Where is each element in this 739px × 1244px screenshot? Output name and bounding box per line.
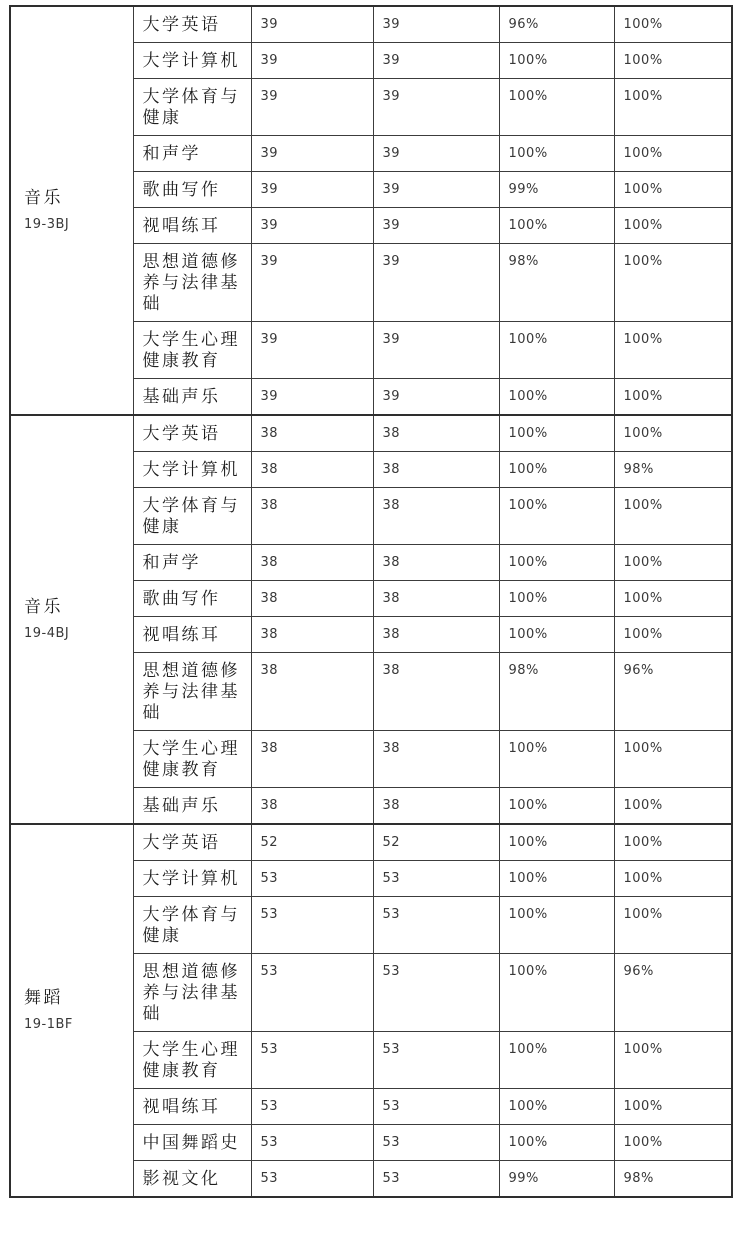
value1-cell: 52	[251, 824, 373, 861]
value2-cell: 53	[373, 897, 499, 954]
percent2-cell: 100%	[614, 172, 732, 208]
percent1-cell: 100%	[499, 379, 614, 416]
percent1-cell: 100%	[499, 861, 614, 897]
class-group: 音乐 19-4BJ 大学英语 38 38 100% 100% 大学计算机 38 …	[10, 415, 732, 824]
value2-cell: 38	[373, 581, 499, 617]
percent2-cell: 100%	[614, 545, 732, 581]
course-cell: 歌曲写作	[133, 581, 251, 617]
course-cell: 大学生心理健康教育	[133, 1032, 251, 1089]
course-cell: 思想道德修养与法律基础	[133, 954, 251, 1032]
class-name-label: 音乐	[24, 187, 128, 208]
percent2-cell: 100%	[614, 244, 732, 322]
percent1-cell: 100%	[499, 954, 614, 1032]
value2-cell: 38	[373, 488, 499, 545]
course-cell: 和声学	[133, 545, 251, 581]
percent2-cell: 98%	[614, 452, 732, 488]
course-cell: 大学计算机	[133, 452, 251, 488]
percent2-cell: 100%	[614, 79, 732, 136]
value1-cell: 39	[251, 322, 373, 379]
value2-cell: 39	[373, 244, 499, 322]
course-cell: 基础声乐	[133, 788, 251, 825]
percent1-cell: 98%	[499, 653, 614, 731]
percent1-cell: 100%	[499, 1089, 614, 1125]
value1-cell: 53	[251, 897, 373, 954]
value2-cell: 39	[373, 208, 499, 244]
class-cell: 音乐 19-3BJ	[10, 6, 133, 415]
percent2-cell: 98%	[614, 1161, 732, 1198]
value2-cell: 53	[373, 1161, 499, 1198]
percent1-cell: 100%	[499, 322, 614, 379]
percent1-cell: 100%	[499, 731, 614, 788]
course-cell: 大学生心理健康教育	[133, 322, 251, 379]
report-table: 音乐 19-3BJ 大学英语 39 39 96% 100% 大学计算机 39 3…	[9, 5, 733, 1198]
value1-cell: 38	[251, 581, 373, 617]
course-cell: 大学英语	[133, 415, 251, 452]
class-group: 舞蹈 19-1BF 大学英语 52 52 100% 100% 大学计算机 53 …	[10, 824, 732, 1197]
percent1-cell: 100%	[499, 415, 614, 452]
value2-cell: 38	[373, 617, 499, 653]
course-cell: 基础声乐	[133, 379, 251, 416]
course-cell: 影视文化	[133, 1161, 251, 1198]
value2-cell: 39	[373, 379, 499, 416]
value1-cell: 39	[251, 244, 373, 322]
course-cell: 大学体育与健康	[133, 79, 251, 136]
course-cell: 歌曲写作	[133, 172, 251, 208]
value2-cell: 39	[373, 79, 499, 136]
percent1-cell: 100%	[499, 488, 614, 545]
percent2-cell: 100%	[614, 1032, 732, 1089]
percent1-cell: 100%	[499, 581, 614, 617]
percent1-cell: 98%	[499, 244, 614, 322]
course-cell: 和声学	[133, 136, 251, 172]
value1-cell: 38	[251, 731, 373, 788]
percent2-cell: 100%	[614, 43, 732, 79]
value1-cell: 38	[251, 415, 373, 452]
value2-cell: 38	[373, 653, 499, 731]
value2-cell: 39	[373, 172, 499, 208]
class-cell: 舞蹈 19-1BF	[10, 824, 133, 1197]
course-cell: 大学英语	[133, 824, 251, 861]
value1-cell: 39	[251, 79, 373, 136]
value1-cell: 53	[251, 1161, 373, 1198]
value1-cell: 38	[251, 488, 373, 545]
course-cell: 大学计算机	[133, 861, 251, 897]
percent2-cell: 96%	[614, 954, 732, 1032]
percent2-cell: 100%	[614, 581, 732, 617]
percent1-cell: 99%	[499, 172, 614, 208]
document-page: 音乐 19-3BJ 大学英语 39 39 96% 100% 大学计算机 39 3…	[0, 0, 739, 1244]
value2-cell: 53	[373, 1089, 499, 1125]
course-cell: 思想道德修养与法律基础	[133, 653, 251, 731]
percent1-cell: 100%	[499, 452, 614, 488]
course-cell: 中国舞蹈史	[133, 1125, 251, 1161]
percent2-cell: 100%	[614, 208, 732, 244]
class-name-label: 音乐	[24, 596, 128, 617]
course-cell: 大学计算机	[133, 43, 251, 79]
class-code-label: 19-4BJ	[24, 623, 128, 644]
percent1-cell: 100%	[499, 897, 614, 954]
value2-cell: 38	[373, 788, 499, 825]
value2-cell: 53	[373, 1032, 499, 1089]
percent2-cell: 100%	[614, 1125, 732, 1161]
value1-cell: 38	[251, 545, 373, 581]
percent1-cell: 100%	[499, 545, 614, 581]
percent1-cell: 100%	[499, 1125, 614, 1161]
value1-cell: 53	[251, 1032, 373, 1089]
value2-cell: 39	[373, 136, 499, 172]
value1-cell: 39	[251, 136, 373, 172]
value2-cell: 38	[373, 452, 499, 488]
class-name-label: 舞蹈	[24, 987, 128, 1008]
course-cell: 思想道德修养与法律基础	[133, 244, 251, 322]
value1-cell: 38	[251, 617, 373, 653]
percent1-cell: 100%	[499, 788, 614, 825]
value2-cell: 39	[373, 43, 499, 79]
value2-cell: 38	[373, 545, 499, 581]
table-row: 音乐 19-4BJ 大学英语 38 38 100% 100%	[10, 415, 732, 452]
value2-cell: 38	[373, 731, 499, 788]
percent2-cell: 100%	[614, 861, 732, 897]
value2-cell: 39	[373, 6, 499, 43]
percent2-cell: 100%	[614, 897, 732, 954]
percent2-cell: 100%	[614, 136, 732, 172]
value1-cell: 38	[251, 653, 373, 731]
value1-cell: 39	[251, 43, 373, 79]
class-group: 音乐 19-3BJ 大学英语 39 39 96% 100% 大学计算机 39 3…	[10, 6, 732, 415]
value1-cell: 53	[251, 1125, 373, 1161]
class-code-label: 19-1BF	[24, 1014, 128, 1035]
value1-cell: 38	[251, 452, 373, 488]
value1-cell: 53	[251, 861, 373, 897]
value2-cell: 38	[373, 415, 499, 452]
percent2-cell: 100%	[614, 6, 732, 43]
value2-cell: 53	[373, 954, 499, 1032]
percent2-cell: 100%	[614, 617, 732, 653]
table-row: 舞蹈 19-1BF 大学英语 52 52 100% 100%	[10, 824, 732, 861]
value1-cell: 53	[251, 954, 373, 1032]
table-row: 音乐 19-3BJ 大学英语 39 39 96% 100%	[10, 6, 732, 43]
course-cell: 视唱练耳	[133, 617, 251, 653]
value2-cell: 53	[373, 861, 499, 897]
percent1-cell: 100%	[499, 1032, 614, 1089]
course-cell: 视唱练耳	[133, 208, 251, 244]
percent2-cell: 100%	[614, 322, 732, 379]
percent2-cell: 100%	[614, 731, 732, 788]
value1-cell: 39	[251, 6, 373, 43]
value1-cell: 53	[251, 1089, 373, 1125]
percent2-cell: 100%	[614, 415, 732, 452]
percent1-cell: 100%	[499, 43, 614, 79]
percent2-cell: 100%	[614, 824, 732, 861]
percent1-cell: 100%	[499, 617, 614, 653]
percent1-cell: 100%	[499, 79, 614, 136]
percent2-cell: 96%	[614, 653, 732, 731]
percent2-cell: 100%	[614, 488, 732, 545]
class-cell: 音乐 19-4BJ	[10, 415, 133, 824]
percent2-cell: 100%	[614, 1089, 732, 1125]
percent2-cell: 100%	[614, 379, 732, 416]
course-cell: 大学体育与健康	[133, 488, 251, 545]
course-cell: 视唱练耳	[133, 1089, 251, 1125]
percent1-cell: 96%	[499, 6, 614, 43]
course-cell: 大学英语	[133, 6, 251, 43]
percent1-cell: 100%	[499, 208, 614, 244]
value2-cell: 53	[373, 1125, 499, 1161]
course-cell: 大学生心理健康教育	[133, 731, 251, 788]
value1-cell: 39	[251, 172, 373, 208]
value1-cell: 38	[251, 788, 373, 825]
class-code-label: 19-3BJ	[24, 214, 128, 235]
course-cell: 大学体育与健康	[133, 897, 251, 954]
value1-cell: 39	[251, 379, 373, 416]
value1-cell: 39	[251, 208, 373, 244]
percent1-cell: 99%	[499, 1161, 614, 1198]
value2-cell: 52	[373, 824, 499, 861]
percent1-cell: 100%	[499, 824, 614, 861]
percent1-cell: 100%	[499, 136, 614, 172]
value2-cell: 39	[373, 322, 499, 379]
percent2-cell: 100%	[614, 788, 732, 825]
